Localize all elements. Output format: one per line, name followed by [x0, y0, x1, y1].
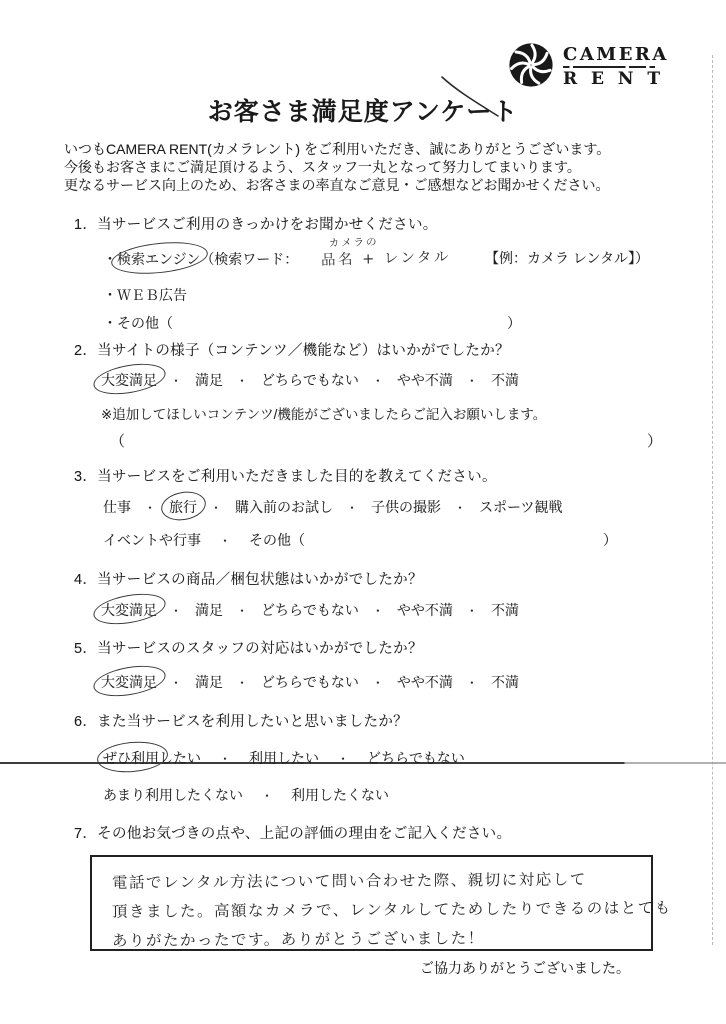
option-separator: ・ [236, 674, 248, 691]
option-separator: ・ [346, 499, 358, 516]
q1-search-row: ・検索エンジン（検索ワード： カメラの 品名 + レンタル 【例：カメラ レンタ… [103, 246, 683, 272]
q1-bullet: ・ [103, 249, 117, 269]
option-separator: ・ [170, 372, 182, 389]
q1-example-text: 【例：カメラ レンタル】） [485, 248, 649, 268]
q4-heading: 4．当サービスの商品／梱包状態はいかがでしたか？ [74, 568, 423, 589]
intro-line-2: 今後もお客さまにご満足頂けるよう、スタッフ一丸となって努力してまいります。 [64, 159, 581, 175]
logo-divider [563, 66, 655, 68]
closing-thanks-text: ご協力ありがとうございました。 [420, 958, 630, 978]
q2-paren-close: ） [647, 430, 662, 451]
q3-option-other-open: その他（ [249, 530, 305, 550]
q3-option-sports-watching: スポーツ観戦 [479, 497, 562, 517]
intro-paragraph: いつもCAMERA RENT(カメラレント) をご利用いただき、誠にありがとうご… [64, 140, 684, 194]
q4-option-very-satisfied-circled: 大変満足 [101, 600, 157, 620]
q5-options-row: 大変満足 ・ 満足 ・ どちらでもない ・ やや不満 ・ 不満 [101, 672, 519, 692]
option-separator: ・ [236, 602, 248, 619]
q5-option-very-satisfied-circled: 大変満足 [101, 672, 157, 692]
q2-option-satisfied: 満足 [195, 370, 223, 390]
q5-option-dissatisfied: 不満 [491, 672, 519, 692]
q5-heading: 5．当サービスのスタッフの対応はいかがでしたか？ [74, 637, 423, 658]
option-separator: ・ [372, 372, 384, 389]
q1-other-close: ） [507, 313, 521, 333]
option-separator: ・ [219, 750, 231, 767]
q7-comment-line-2: 頂きました。高額なカメラで、レンタルしてためしたりできるのはとても [112, 894, 635, 927]
q2-option-dissatisfied: 不満 [491, 370, 519, 390]
option-separator: ・ [210, 499, 222, 516]
q7-comment-line-3: ありがたかったです。ありがとうございました！ [112, 923, 635, 956]
q2-option-very-satisfied-circled: 大変満足 [101, 370, 157, 390]
q5-option-satisfied: 満足 [195, 672, 223, 692]
q1-option-other: ・その他（ ） [103, 313, 521, 333]
camera-aperture-icon [508, 40, 554, 90]
option-separator: ・ [236, 372, 248, 389]
q2-note: ※追加してほしいコンテンツ/機能がございましたらご記入お願いします。 [101, 403, 546, 423]
q1-heading: 1．当サービスご利用のきっかけをお聞かせください。 [74, 213, 438, 234]
option-separator: ・ [261, 787, 273, 804]
q7-heading: 7．その他お気づきの点や、上記の評価の理由をご記入ください。 [74, 822, 511, 843]
q6-option-want-to-use: 利用したい [249, 748, 319, 768]
page-title: お客さま満足度アンケート [0, 92, 726, 128]
q2-free-text-parens: （ ） [110, 430, 662, 451]
logo: CAMERA R E N T [508, 40, 669, 90]
q1-option-search-engine-circled: 検索エンジン [117, 249, 200, 269]
q1-handwritten-text: 品名 + レンタル [321, 249, 451, 268]
option-separator: ・ [144, 499, 156, 516]
q1-other-open: ・その他（ [103, 313, 173, 333]
q2-heading: 2．当サイトの様子（コンテンツ／機能など）はいかがでしたか？ [74, 339, 510, 360]
q4-option-somewhat-dissatisfied: やや不満 [397, 600, 453, 620]
option-separator: ・ [454, 499, 466, 516]
option-separator: ・ [170, 674, 182, 691]
q2-option-somewhat-dissatisfied: やや不満 [397, 370, 453, 390]
q2-options-row: 大変満足 ・ 満足 ・ どちらでもない ・ やや不満 ・ 不満 [101, 370, 519, 390]
q2-option-neutral: どちらでもない [261, 370, 359, 390]
q1-handwritten-ruby: カメラの [328, 234, 378, 250]
q5-option-neutral: どちらでもない [261, 672, 359, 692]
q3-heading: 3．当サービスをご利用いただきました目的を教えてください。 [74, 465, 497, 486]
option-separator: ・ [219, 532, 231, 549]
q3-option-travel-circled: 旅行 [169, 497, 197, 517]
option-separator: ・ [170, 602, 182, 619]
option-separator: ・ [337, 750, 349, 767]
q3-option-work: 仕事 [103, 497, 131, 517]
q3-option-events: イベントや行事 [103, 530, 201, 550]
q1-search-suffix: （検索ワード： [200, 249, 298, 269]
q6-option-definitely-use-again-circled: ぜひ利用したい [103, 748, 201, 768]
scan-artifact-vertical-dashed-line [712, 55, 713, 945]
option-separator: ・ [466, 602, 478, 619]
option-separator: ・ [372, 674, 384, 691]
q4-options-row: 大変満足 ・ 満足 ・ どちらでもない ・ やや不満 ・ 不満 [101, 600, 519, 620]
q4-option-satisfied: 満足 [195, 600, 223, 620]
q3-option-photographing-children: 子供の撮影 [371, 497, 441, 517]
intro-line-3: 更なるサービス向上のため、お客さまの率直なご意見・ご感想などお聞かせください。 [64, 177, 609, 193]
logo-rent-text: R E N T [563, 70, 664, 89]
q3-options-row-2: イベントや行事 ・ その他（ ） [103, 530, 617, 550]
q7-comment-line-1: 電話でレンタル方法について問い合わせた際、親切に対応して [112, 865, 635, 898]
q7-comment-box: 電話でレンタル方法について問い合わせた際、親切に対応して 頂きました。高額なカメ… [90, 855, 653, 951]
q6-options-row-2: あまり利用したくない ・ 利用したくない [103, 785, 389, 805]
q2-paren-open: （ [110, 430, 125, 451]
q3-option-trial-before-purchase: 購入前のお試し [235, 497, 333, 517]
option-separator: ・ [372, 602, 384, 619]
q1-option-web-ad: ・ＷＥＢ広告 [103, 285, 187, 305]
logo-text: CAMERA R E N T [563, 40, 669, 89]
q6-option-do-not-want-to-use: 利用したくない [291, 785, 389, 805]
q6-heading: 6．また当サービスを利用したいと思いましたか？ [74, 710, 408, 731]
logo-camera-text: CAMERA [563, 46, 669, 64]
q6-options-row-1: ぜひ利用したい ・ 利用したい ・ どちらでもない [103, 748, 465, 768]
q4-option-neutral: どちらでもない [261, 600, 359, 620]
q1-handwritten-answer: カメラの 品名 + レンタル [321, 245, 451, 269]
q6-option-rather-not-use: あまり利用したくない [103, 785, 243, 805]
scanned-survey-page: CAMERA R E N T お客さま満足度アンケート いつもCAMERA RE… [0, 0, 726, 1024]
option-separator: ・ [466, 372, 478, 389]
intro-line-1: いつもCAMERA RENT(カメラレント) をご利用いただき、誠にありがとうご… [64, 141, 610, 157]
option-separator: ・ [466, 674, 478, 691]
q3-options-row-1: 仕事 ・ 旅行 ・ 購入前のお試し ・ 子供の撮影 ・ スポーツ観戦 [103, 497, 563, 517]
q4-option-dissatisfied: 不満 [491, 600, 519, 620]
q5-option-somewhat-dissatisfied: やや不満 [397, 672, 453, 692]
q6-option-neutral: どちらでもない [367, 748, 465, 768]
q3-option-other-close: ） [603, 530, 617, 550]
